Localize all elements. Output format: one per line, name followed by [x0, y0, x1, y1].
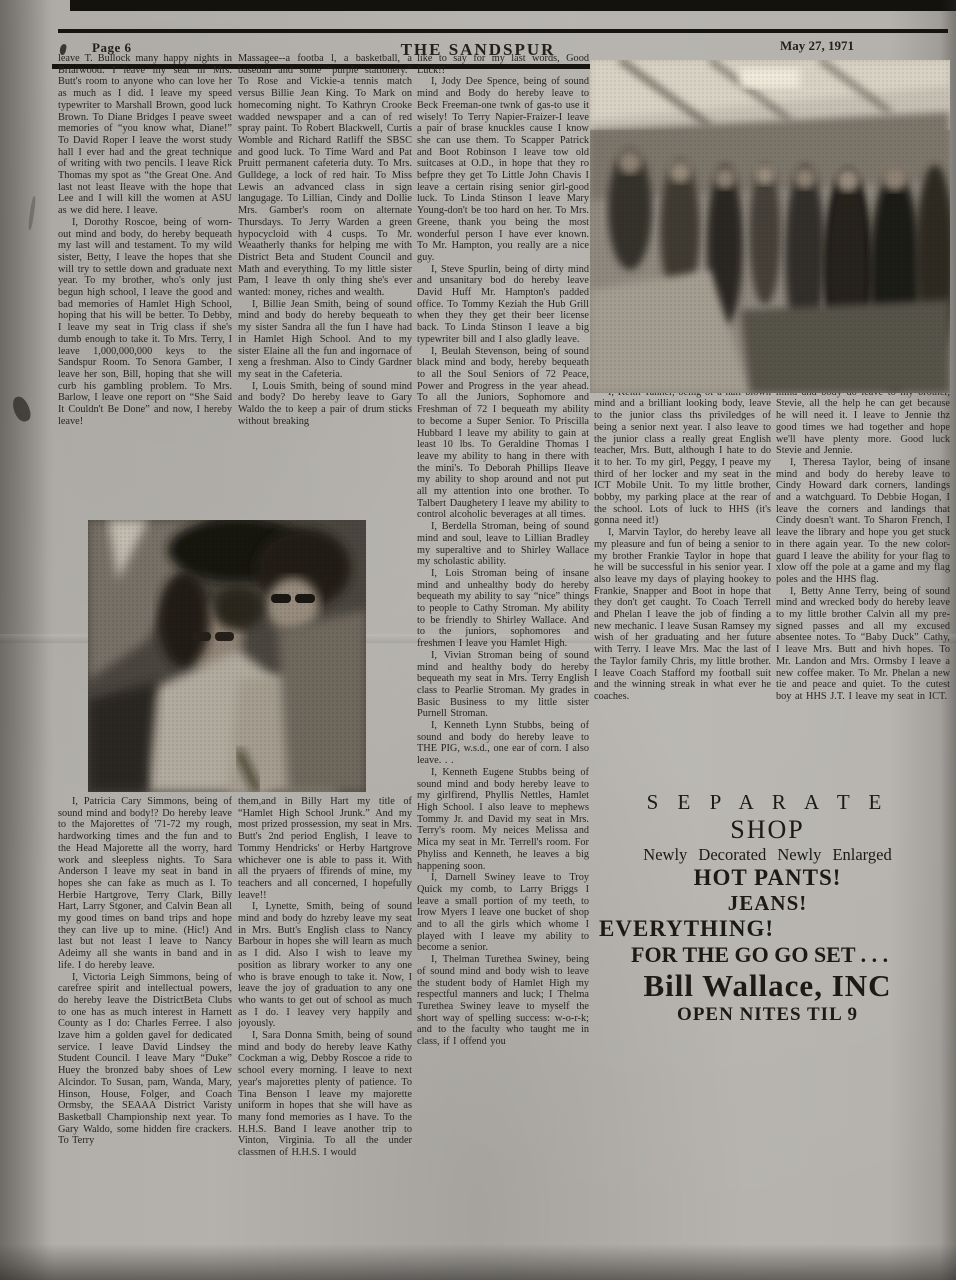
article-paragraph: leave T. Bullock many happy nights in Br…: [58, 53, 232, 217]
ad-hours: OPEN NITES TIL 9: [585, 1004, 950, 1026]
article-paragraph: I, Berdella Stroman, being of sound mind…: [417, 521, 589, 568]
article-paragraph: I, Beulah Stevenson, being of sound blac…: [417, 346, 589, 522]
article-paragraph: I, Victoria Leigh Simmons, being of care…: [58, 972, 232, 1148]
article-paragraph: I, Vivian Stroman being of sound mind an…: [417, 650, 589, 720]
ad-line-separate: S E P A R A T E: [585, 790, 950, 815]
column-1-top: leave T. Bullock many happy nights in Br…: [58, 53, 232, 515]
article-paragraph: I, Sara Donna Smith, being of sound mind…: [238, 1030, 412, 1159]
article-paragraph: like to say for my last words, Good Luck…: [417, 53, 589, 76]
article-paragraph: them,and in Billy Hart my title of “Haml…: [238, 796, 412, 901]
ad-store-name: Bill Wallace, INC: [585, 968, 950, 1004]
header-rule-top: [58, 29, 948, 33]
ad-line-everything: EVERYTHING!: [585, 916, 950, 942]
article-paragraph: I, Dorothy Roscoe, being of worn-out min…: [58, 217, 232, 428]
article-paragraph: I, Darnell Swiney leave to Troy Quick my…: [417, 872, 589, 954]
article-paragraph: I, Patricia Cary Simmons, being of sound…: [58, 796, 232, 972]
article-paragraph: Massagee--a footba l, a basketball, a ba…: [238, 53, 412, 299]
column-3: like to say for my last words, Good Luck…: [417, 53, 589, 1247]
article-paragraph: I, Billie Jean Smith, being of sound min…: [238, 299, 412, 381]
scan-shadow-bottom: [0, 1244, 956, 1280]
column-1-bottom: I, Patricia Cary Simmons, being of sound…: [58, 796, 232, 1248]
article-paragraph: I, Marvin Taylor, do hereby leave all my…: [594, 527, 771, 703]
column-5: I, Robbie Taylor, being of sound mind an…: [776, 375, 950, 787]
photo-crowd-event: [590, 60, 950, 393]
article-paragraph: I, Lynette, Smith, being of sound mind a…: [238, 901, 412, 1030]
article-paragraph: I, Thelman Turethea Swiney, being of sou…: [417, 954, 589, 1048]
ad-line-hot-pants: HOT PANTS!: [585, 865, 950, 891]
ad-line-go-go-set: FOR THE GO GO SET . . .: [585, 942, 950, 968]
article-paragraph: I, Kenneth Lynn Stubbs, being of sound a…: [417, 720, 589, 767]
column-2-bottom: them,and in Billy Hart my title of “Haml…: [238, 796, 412, 1248]
photo-students-closeup: [88, 520, 366, 792]
ad-line-jeans: JEANS!: [585, 891, 950, 916]
newspaper-page: Page 6 THE SANDSPUR May 27, 1971 leave T…: [0, 0, 956, 1280]
article-paragraph: I, Jody Dee Spence, being of sound mind …: [417, 76, 589, 263]
article-paragraph: I, Theresa Taylor, being of insane mind …: [776, 457, 950, 586]
column-2-top: Massagee--a footba l, a basketball, a ba…: [238, 53, 412, 515]
column-4: in any way, forgive me please. I, Keith …: [594, 375, 771, 787]
advertisement-bill-wallace: S E P A R A T E SHOP Newly Decorated New…: [585, 790, 950, 1236]
article-paragraph: I, Kenneth Eugene Stubbs being of sound …: [417, 767, 589, 872]
article-paragraph: I, Betty Anne Terry, being of sound mind…: [776, 586, 950, 703]
scan-edge-top: [70, 0, 956, 11]
article-paragraph: I, Steve Spurlin, being of dirty mind an…: [417, 264, 589, 346]
ad-line-decorated: Newly Decorated Newly Enlarged: [585, 845, 950, 865]
issue-date: May 27, 1971: [780, 38, 854, 54]
ad-line-shop: SHOP: [585, 815, 950, 845]
article-paragraph: I, Keith Tanner, being of a half blown m…: [594, 387, 771, 527]
article-paragraph: I, Louis Smith, being of sound mind and …: [238, 381, 412, 428]
article-paragraph: I, Lois Stroman being of insane mind and…: [417, 568, 589, 650]
